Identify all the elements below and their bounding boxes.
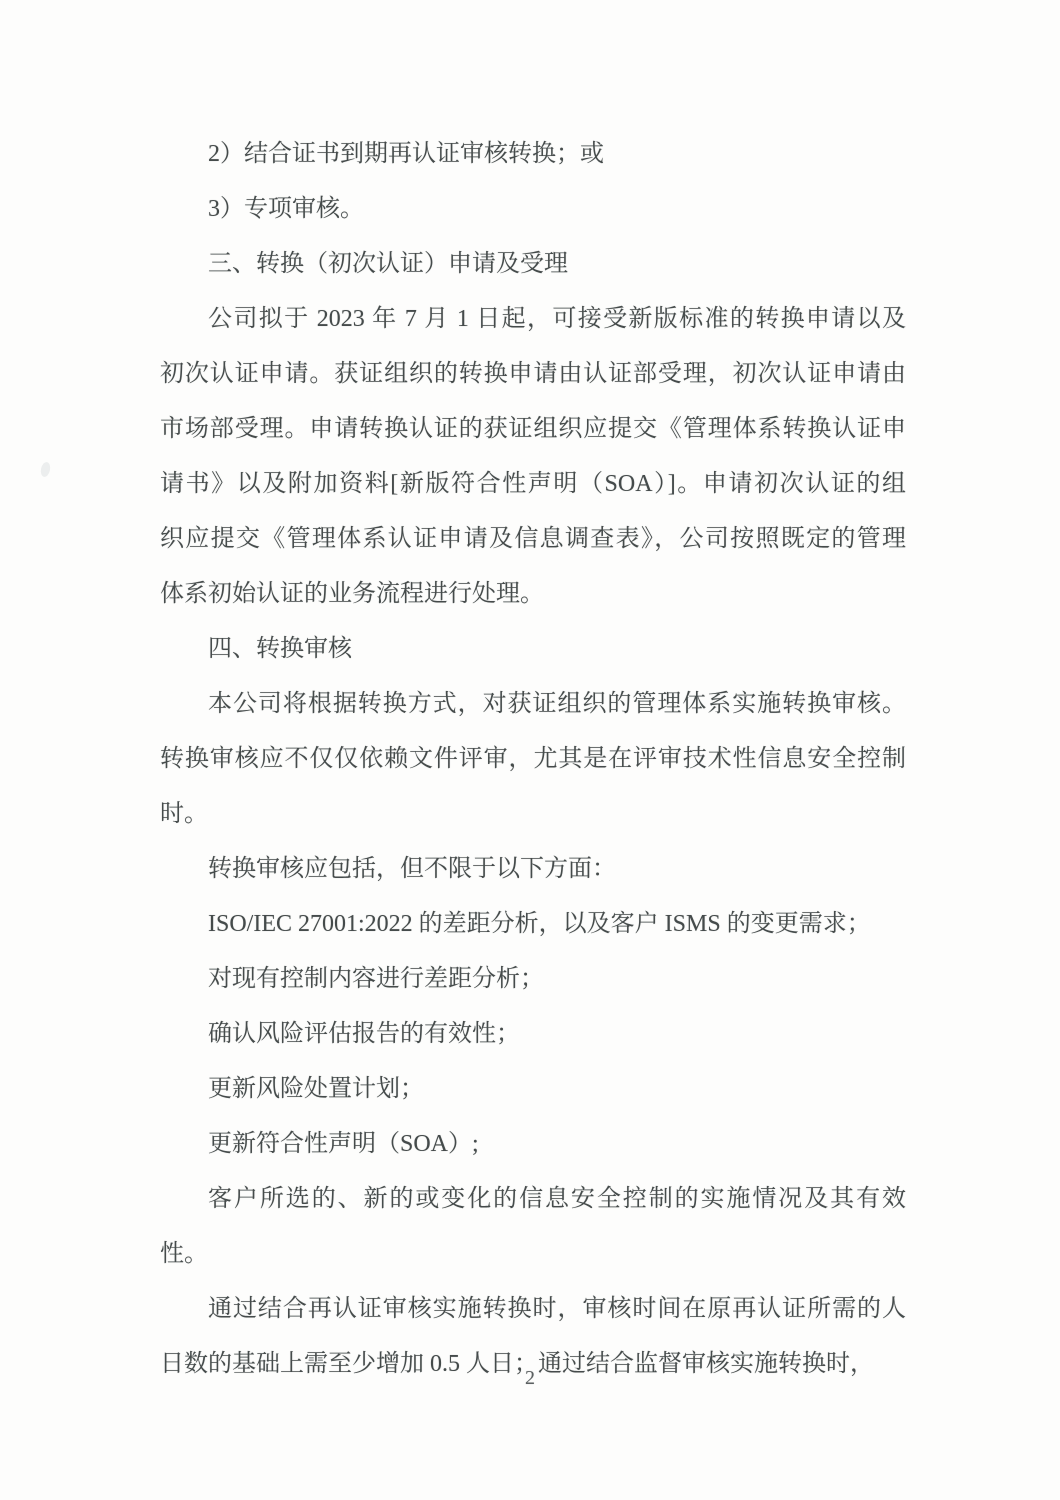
list-item-2: 2）结合证书到期再认证审核转换；或 xyxy=(160,127,906,182)
text-line: 体系初始认证的业务流程进行处理。 xyxy=(160,567,906,622)
page-number: 2 xyxy=(0,1362,1060,1394)
paragraph-audit-scope-intro: 转换审核应包括，但不限于以下方面： xyxy=(160,842,906,897)
text-line: 三、转换（初次认证）申请及受理 xyxy=(160,237,906,292)
paragraph-application-acceptance: 公司拟于 2023 年 7 月 1 日起，可接受新版标准的转换申请以及初次认证申… xyxy=(160,292,906,622)
paragraph-transition-audit: 本公司将根据转换方式，对获证组织的管理体系实施转换审核。转换审核应不仅仅依赖文件… xyxy=(160,677,906,842)
text-line: 客户所选的、新的或变化的信息安全控制的实施情况及其有效 xyxy=(160,1172,906,1227)
list-gap-analysis: ISO/IEC 27001:2022 的差距分析，以及客户 ISMS 的变更需求… xyxy=(160,897,906,952)
text-line: 性。 xyxy=(160,1227,906,1282)
list-existing-controls-gap: 对现有控制内容进行差距分析； xyxy=(160,952,906,1007)
list-update-soa: 更新符合性声明（SOA）; xyxy=(160,1117,906,1172)
text-line: 初次认证申请。获证组织的转换申请由认证部受理，初次认证申请由 xyxy=(160,347,906,402)
text-line: 请书》以及附加资料[新版符合性声明（SOA）]。申请初次认证的组 xyxy=(160,457,906,512)
scan-artifact xyxy=(40,461,52,478)
text-line: 公司拟于 2023 年 7 月 1 日起，可接受新版标准的转换申请以及 xyxy=(160,292,906,347)
text-line: 2）结合证书到期再认证审核转换；或 xyxy=(160,127,906,182)
document-body: 2）结合证书到期再认证审核转换；或3）专项审核。三、转换（初次认证）申请及受理公… xyxy=(160,127,906,1392)
scanned-document-page: 2）结合证书到期再认证审核转换；或3）专项审核。三、转换（初次认证）申请及受理公… xyxy=(0,0,1060,1500)
section-heading-three: 三、转换（初次认证）申请及受理 xyxy=(160,237,906,292)
text-line: 更新风险处置计划； xyxy=(160,1062,906,1117)
text-line: 四、转换审核 xyxy=(160,622,906,677)
text-line: 通过结合再认证审核实施转换时，审核时间在原再认证所需的人 xyxy=(160,1282,906,1337)
text-line: 市场部受理。申请转换认证的获证组织应提交《管理体系转换认证申 xyxy=(160,402,906,457)
list-risk-treatment-plan: 更新风险处置计划； xyxy=(160,1062,906,1117)
text-line: 本公司将根据转换方式，对获证组织的管理体系实施转换审核。 xyxy=(160,677,906,732)
text-line: 更新符合性声明（SOA）; xyxy=(160,1117,906,1172)
list-item-3: 3）专项审核。 xyxy=(160,182,906,237)
text-line: 转换审核应不仅仅依赖文件评审，尤其是在评审技术性信息安全控制 xyxy=(160,732,906,787)
text-line: ISO/IEC 27001:2022 的差距分析，以及客户 ISMS 的变更需求… xyxy=(160,897,906,952)
section-heading-four: 四、转换审核 xyxy=(160,622,906,677)
list-risk-assessment-validity: 确认风险评估报告的有效性； xyxy=(160,1007,906,1062)
text-line: 对现有控制内容进行差距分析； xyxy=(160,952,906,1007)
paragraph-customer-controls: 客户所选的、新的或变化的信息安全控制的实施情况及其有效性。 xyxy=(160,1172,906,1282)
text-line: 3）专项审核。 xyxy=(160,182,906,237)
text-line: 转换审核应包括，但不限于以下方面： xyxy=(160,842,906,897)
text-line: 确认风险评估报告的有效性； xyxy=(160,1007,906,1062)
text-line: 时。 xyxy=(160,787,906,842)
text-line: 织应提交《管理体系认证申请及信息调查表》，公司按照既定的管理 xyxy=(160,512,906,567)
